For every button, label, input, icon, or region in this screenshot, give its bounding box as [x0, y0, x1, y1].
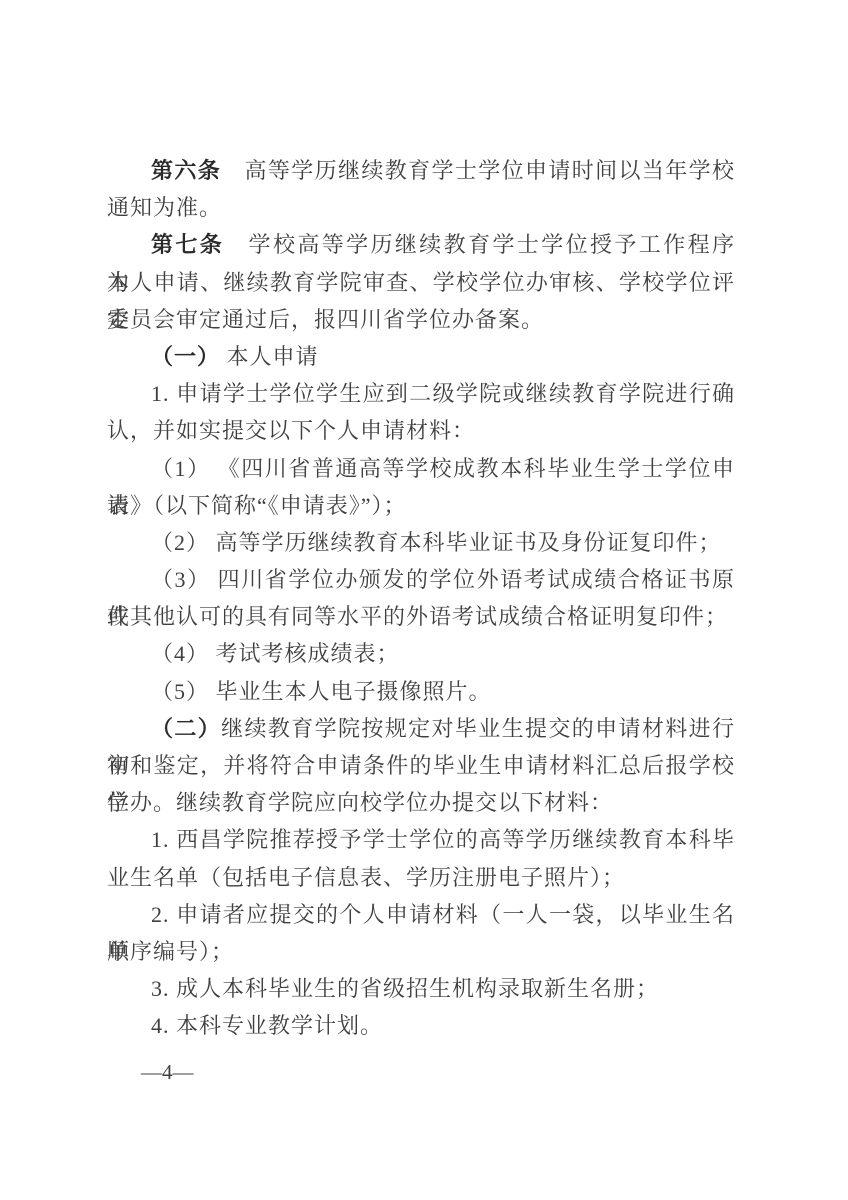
text-line: 通知为准。: [107, 189, 735, 226]
body-text: （2） 高等学历继续教育本科毕业证书及身份证复印件；: [151, 530, 722, 555]
text-line: 认，并如实提交以下个人申请材料：: [107, 412, 735, 449]
text-line: 委员会审定通过后，报四川省学位办备案。: [107, 301, 735, 338]
page-number: —4—: [141, 1057, 194, 1087]
body-text: 高等学历继续教育学士学位申请时间以当年学校: [221, 158, 735, 183]
body-text: 表》（以下简称“《申请表》”）；: [107, 493, 407, 518]
text-line: 1. 申请学士学位学生应到二级学院或继续教育学院进行确: [107, 375, 735, 412]
text-line: 表》（以下简称“《申请表》”）；: [107, 487, 735, 524]
text-line: 审和鉴定，并将符合申请条件的毕业生申请材料汇总后报学校学: [107, 747, 735, 784]
body-text: （5） 毕业生本人电子摄像照片。: [151, 679, 492, 704]
bold-text: 第七条: [151, 232, 224, 257]
text-line: （5） 毕业生本人电子摄像照片。: [107, 673, 735, 710]
text-line: 本人申请、继续教育学院审查、学校学位办审核、学校学位评定: [107, 264, 735, 301]
text-line: 4. 本科专业教学计划。: [107, 1007, 735, 1044]
text-line: （一） 本人申请: [107, 338, 735, 375]
bold-text: （一）: [151, 344, 220, 369]
body-text: 4. 本科专业教学计划。: [151, 1013, 383, 1038]
body-text: 1. 申请学士学位学生应到二级学院或继续教育学院进行确: [151, 381, 735, 406]
text-line: 1. 西昌学院推荐授予学士学位的高等学历继续教育本科毕: [107, 821, 735, 858]
body-text: 业生名单（包括电子信息表、学历注册电子照片）；: [107, 865, 625, 890]
document-page: 第六条 高等学历继续教育学士学位申请时间以当年学校通知为准。第七条 学校高等学历…: [0, 0, 848, 1200]
bold-text: （二）: [151, 716, 221, 741]
bold-text: 第六条: [151, 158, 221, 183]
text-line: （1） 《四川省普通高等学校成教本科毕业生学士学位申请: [107, 450, 735, 487]
text-line: 顺序编号）；: [107, 933, 735, 970]
body-text: 本人申请: [220, 344, 319, 369]
text-line: 2. 申请者应提交的个人申请材料（一人一袋，以毕业生名单: [107, 896, 735, 933]
body-text: 位办。继续教育学院应向校学位办提交以下材料：: [107, 790, 613, 815]
text-line: 3. 成人本科毕业生的省级招生机构录取新生名册；: [107, 970, 735, 1007]
text-line: （3） 四川省学位办颁发的学位外语考试成绩合格证书原件: [107, 561, 735, 598]
body-text: 3. 成人本科毕业生的省级招生机构录取新生名册；: [151, 976, 659, 1001]
body-text: 或其他认可的具有同等水平的外语考试成绩合格证明复印件；: [107, 604, 728, 629]
body-text: 认，并如实提交以下个人申请材料：: [107, 418, 475, 443]
body-text: 委员会审定通过后，报四川省学位办备案。: [107, 307, 544, 332]
text-line: 或其他认可的具有同等水平的外语考试成绩合格证明复印件；: [107, 598, 735, 635]
text-line: 第六条 高等学历继续教育学士学位申请时间以当年学校: [107, 152, 735, 189]
text-line: 位办。继续教育学院应向校学位办提交以下材料：: [107, 784, 735, 821]
text-block: 第六条 高等学历继续教育学士学位申请时间以当年学校通知为准。第七条 学校高等学历…: [107, 152, 735, 1045]
text-line: （2） 高等学历继续教育本科毕业证书及身份证复印件；: [107, 524, 735, 561]
text-line: （4） 考试考核成绩表；: [107, 635, 735, 672]
body-text: 顺序编号）；: [107, 939, 234, 964]
body-text: （4） 考试考核成绩表；: [151, 641, 400, 666]
body-text: 通知为准。: [107, 195, 222, 220]
body-text: 1. 西昌学院推荐授予学士学位的高等学历继续教育本科毕: [151, 827, 735, 852]
text-line: 第七条 学校高等学历继续教育学士学位授予工作程序为：: [107, 226, 735, 263]
text-line: 业生名单（包括电子信息表、学历注册电子照片）；: [107, 859, 735, 896]
text-line: （二）继续教育学院按规定对毕业生提交的申请材料进行初: [107, 710, 735, 747]
